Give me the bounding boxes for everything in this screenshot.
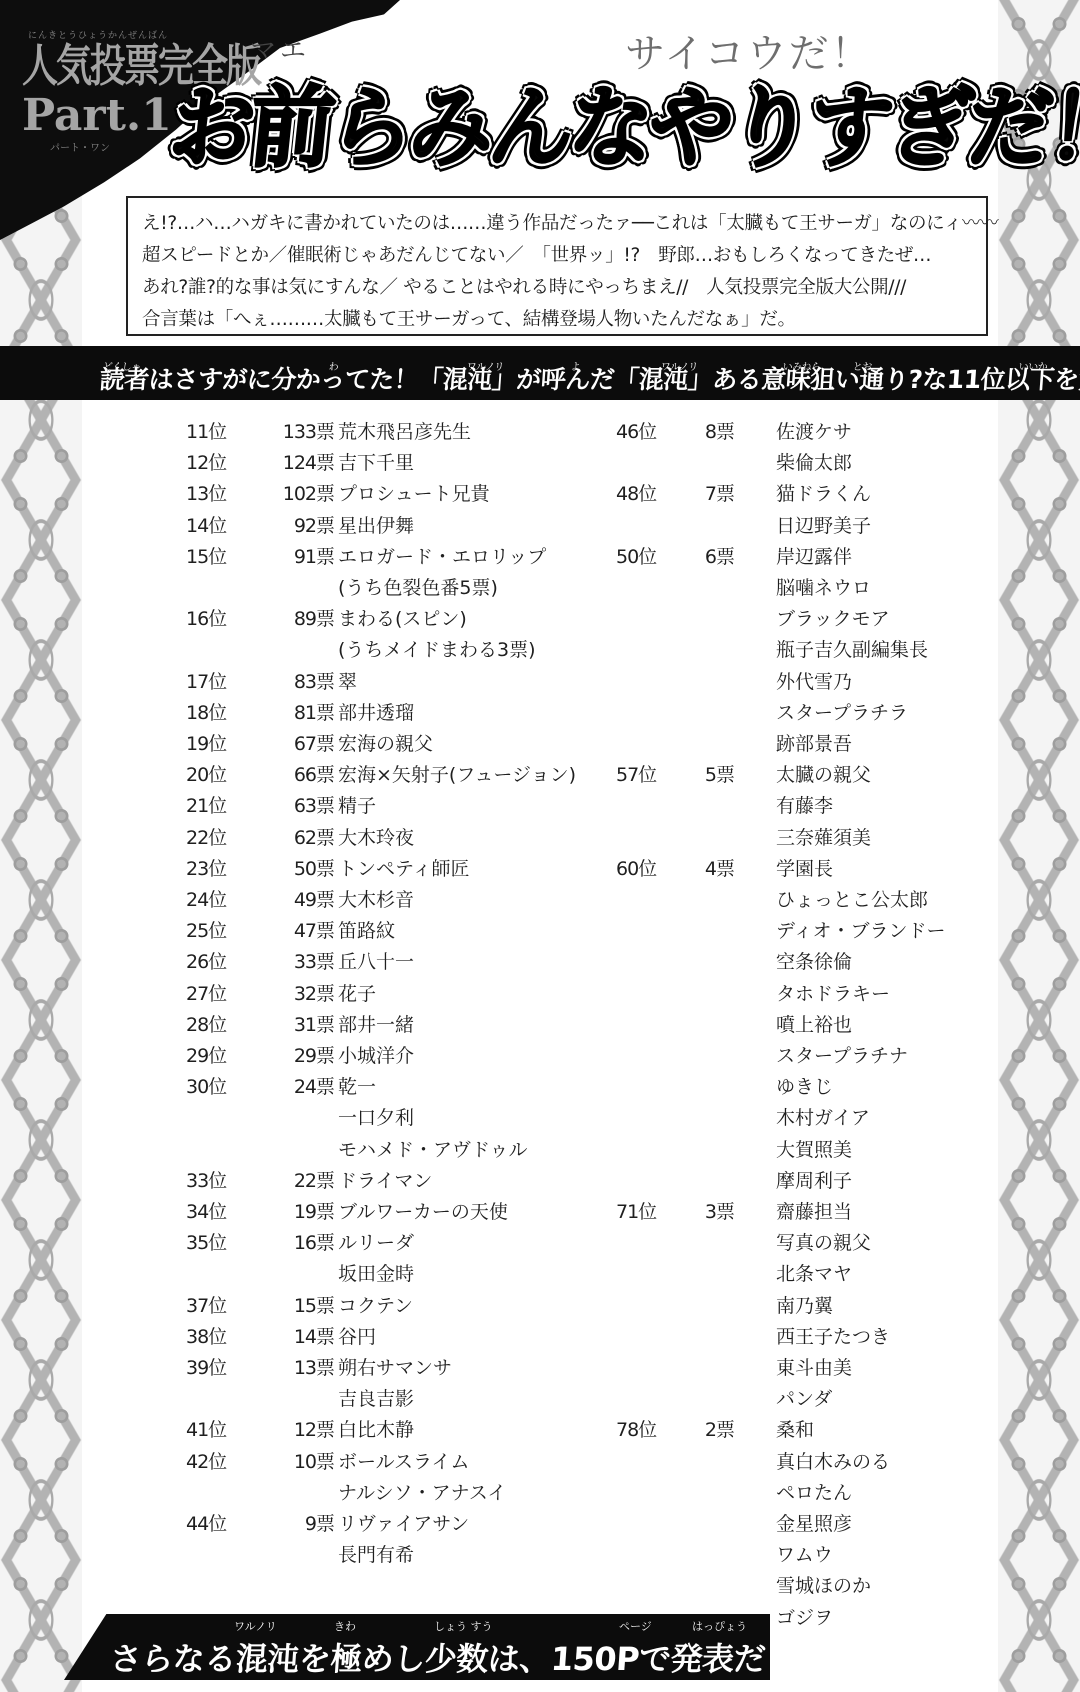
character-name: プロシュート兄貴 — [338, 479, 490, 506]
ruby-annotation: ワルノリ — [660, 358, 698, 373]
intro-line: 超スピードとか／催眠術じゃあだんじてない／ 「世界ッ」!? 野郎…おもしろくなっ… — [142, 240, 974, 272]
rank-label: 42位 — [186, 1447, 256, 1474]
rank-label: 19位 — [186, 729, 256, 756]
vote-count: 8票 — [674, 417, 734, 444]
character-name: 丘八十一 — [338, 947, 414, 974]
rank-label: 15位 — [186, 542, 256, 569]
rank-label: 26位 — [186, 947, 256, 974]
character-name: 部井一緒 — [338, 1010, 414, 1037]
ruby-annotation: よ — [570, 358, 581, 373]
rank-label: 39位 — [186, 1353, 256, 1380]
character-name: 北条マヤ — [776, 1259, 852, 1286]
character-name: 宏海×矢射子(フュージョン) — [338, 760, 576, 787]
left-ornament-border — [0, 0, 82, 1692]
character-name: 柴倫太郎 — [776, 448, 852, 475]
rank-label: 23位 — [186, 854, 256, 881]
rank-label: 25位 — [186, 916, 256, 943]
vote-count: 29票 — [274, 1041, 334, 1068]
rank-label: 28位 — [186, 1010, 256, 1037]
character-name: 大木玲夜 — [338, 823, 414, 850]
vote-count: 2票 — [674, 1415, 734, 1442]
character-name: 朔右サマンサ — [338, 1353, 452, 1380]
character-name: 桑和 — [776, 1415, 814, 1442]
character-name: 木村ガイア — [776, 1103, 870, 1130]
rank-label: 14位 — [186, 511, 256, 538]
vote-count: 6票 — [674, 542, 734, 569]
character-name: 大木杉音 — [338, 885, 414, 912]
vote-count: 89票 — [274, 604, 334, 631]
rank-label: 11位 — [186, 417, 256, 444]
character-name: タホドラキー — [776, 979, 890, 1006]
rank-label: 37位 — [186, 1291, 256, 1318]
character-name: 跡部景吾 — [776, 729, 852, 756]
character-name: 外代雪乃 — [776, 667, 852, 694]
section-banner: どくしゃわワルノリよワルノリいみねらとおいいかだいはっぴょう 読者はさすがに分か… — [0, 346, 1080, 400]
vote-count: 63票 — [274, 791, 334, 818]
vote-count: 81票 — [274, 698, 334, 725]
rank-label: 20位 — [186, 760, 256, 787]
character-name: ナルシソ・アナスイ — [338, 1478, 506, 1505]
character-name: 吉良吉影 — [338, 1384, 414, 1411]
rank-label: 44位 — [186, 1509, 256, 1536]
vote-count: 133票 — [274, 417, 334, 444]
vote-count: 67票 — [274, 729, 334, 756]
vote-count: 102票 — [274, 479, 334, 506]
vote-count: 24票 — [274, 1072, 334, 1099]
character-name: 東斗由美 — [776, 1353, 852, 1380]
rank-label: 34位 — [186, 1197, 256, 1224]
character-name: 笛路紋 — [338, 916, 395, 943]
character-name: 西王子たつき — [776, 1322, 890, 1349]
character-name: 坂田金時 — [338, 1259, 414, 1286]
character-name: ディオ・ブランドー — [776, 916, 945, 943]
ruby-annotation: いいか — [1018, 358, 1048, 373]
character-name: 宏海の親父 — [338, 729, 433, 756]
vote-count: 83票 — [274, 667, 334, 694]
vote-count: 47票 — [274, 916, 334, 943]
character-name: スタープラチナ — [776, 1041, 908, 1068]
character-name: 有藤李 — [776, 791, 833, 818]
vote-count: 62票 — [274, 823, 334, 850]
character-name: ドライマン — [338, 1166, 432, 1193]
vote-count: 32票 — [274, 979, 334, 1006]
character-name: ルリーダ — [338, 1228, 414, 1255]
ruby-annotation: どくしゃ — [102, 358, 141, 373]
character-name: 真白木みのる — [776, 1447, 890, 1474]
rank-label: 17位 — [186, 667, 256, 694]
right-ornament-border — [998, 0, 1080, 1692]
ruby-annotation: ページ — [619, 1618, 652, 1634]
rank-label: 41位 — [186, 1415, 256, 1442]
character-name: 乾一 — [338, 1072, 376, 1099]
intro-line: え!?…ハ…ハガキに書かれていたのは……違う作品だったァ──これは「太臓もて王サ… — [142, 208, 974, 240]
character-name: 雪城ほのか — [776, 1571, 871, 1598]
ruby-annotation: とお — [852, 358, 872, 373]
character-name: モハメド・アヴドゥル — [338, 1135, 528, 1162]
vote-count: 4票 — [674, 854, 734, 881]
character-name: コクテン — [338, 1291, 413, 1318]
vote-count: 3票 — [674, 1197, 734, 1224]
character-name: ひょっとこ公太郎 — [776, 885, 928, 912]
vote-count: 13票 — [274, 1353, 334, 1380]
intro-line: 合言葉は「へぇ………太臓もて王サーガって、結構登場人物いたんだなぁ」だ。 — [142, 304, 974, 336]
character-name: まわる(スピン) — [338, 604, 467, 631]
character-name: 三奈薙須美 — [776, 823, 871, 850]
ruby-annotation: ワルノリ — [234, 1618, 277, 1634]
vote-count: 92票 — [274, 511, 334, 538]
character-name: 星出伊舞 — [338, 511, 414, 538]
character-name: 大賀照美 — [776, 1135, 852, 1162]
character-name: 精子 — [338, 791, 376, 818]
character-name: 谷円 — [338, 1322, 376, 1349]
vote-count: 7票 — [674, 479, 734, 506]
character-name: 写真の親父 — [776, 1228, 871, 1255]
rank-label: 30位 — [186, 1072, 256, 1099]
ruby-annotation: きわ — [334, 1618, 356, 1634]
character-name: トンペティ師匠 — [338, 854, 469, 881]
vote-count: 9票 — [274, 1509, 334, 1536]
character-name: 噴上裕也 — [776, 1010, 852, 1037]
character-name: 日辺野美子 — [776, 511, 871, 538]
character-name: 太臓の親父 — [776, 760, 871, 787]
character-name: 白比木静 — [338, 1415, 414, 1442]
rank-label: 13位 — [186, 479, 256, 506]
vote-count: 10票 — [274, 1447, 334, 1474]
vote-count: 66票 — [274, 760, 334, 787]
character-name: 花子 — [338, 979, 376, 1006]
character-name: 南乃翼 — [776, 1291, 833, 1318]
character-name: 猫ドラくん — [776, 479, 871, 506]
banner-text: 読者はさすがに分かってた！「混沌」が呼んだ「混沌」ある意味狙い通り?な11位以下… — [99, 365, 1080, 394]
character-name: 一口夕利 — [338, 1103, 414, 1130]
character-name: ワムウ — [776, 1540, 833, 1567]
character-name: エロガード・エロリップ — [338, 542, 546, 569]
character-name: ボールスライム — [338, 1447, 469, 1474]
character-name: ペロたん — [776, 1478, 852, 1505]
character-name: 小城洋介 — [338, 1041, 414, 1068]
vote-count: 33票 — [274, 947, 334, 974]
character-name: 吉下千里 — [338, 448, 414, 475]
rank-label: 33位 — [186, 1166, 256, 1193]
bottom-banner: ワルノリきわしょう すうページはっぴょう さらなる混沌を極めし少数は、150Pで… — [64, 1614, 770, 1680]
character-name: 長門有希 — [338, 1540, 414, 1567]
vote-count: 14票 — [274, 1322, 334, 1349]
character-name: スタープラチラ — [776, 698, 908, 725]
character-name: ブラックモア — [776, 604, 890, 631]
rank-label: 16位 — [186, 604, 256, 631]
banner-text-wrap: どくしゃわワルノリよワルノリいみねらとおいいかだいはっぴょう 読者はさすがに分か… — [99, 360, 1080, 396]
character-name: 空条徐倫 — [776, 947, 852, 974]
bottom-banner-text: さらなる混沌を極めし少数は、150Pで発表だ！ — [108, 1634, 798, 1680]
character-name: 翠 — [338, 667, 357, 694]
character-name: リヴァイアサン — [338, 1509, 469, 1536]
ruby-annotation: はっぴょう — [692, 1618, 747, 1634]
page-headline: お前らみんなやりすぎだ！ — [165, 58, 1080, 184]
ruby-annotation: しょう すう — [434, 1618, 493, 1634]
character-name: ゆきじ — [776, 1072, 833, 1099]
character-name: 脳噛ネウロ — [776, 573, 871, 600]
character-name: 金星照彦 — [776, 1509, 852, 1536]
vote-count: 12票 — [274, 1415, 334, 1442]
rank-label: 12位 — [186, 448, 256, 475]
vote-count: 124票 — [274, 448, 334, 475]
character-name: 齋藤担当 — [776, 1197, 852, 1224]
character-name: 部井透瑠 — [338, 698, 414, 725]
ruby-annotation: いみねら — [782, 358, 821, 373]
rank-label: 21位 — [186, 791, 256, 818]
vote-count: 15票 — [274, 1291, 334, 1318]
vote-count: 49票 — [274, 885, 334, 912]
character-name: 荒木飛呂彦先生 — [338, 417, 471, 444]
vote-count: 5票 — [674, 760, 734, 787]
rank-label: 18位 — [186, 698, 256, 725]
rank-label: 22位 — [186, 823, 256, 850]
intro-line: あれ?誰?的な事は気にすんな／ やることはやれる時にやっちまえ// 人気投票完全… — [142, 272, 974, 304]
character-name: 佐渡ケサ — [776, 417, 852, 444]
rank-label: 27位 — [186, 979, 256, 1006]
character-name: 岸辺露伴 — [776, 542, 852, 569]
rank-label: 38位 — [186, 1322, 256, 1349]
character-name: 瓶子吉久副編集長 — [776, 635, 928, 662]
intro-box: え!?…ハ…ハガキに書かれていたのは……違う作品だったァ──これは「太臓もて王サ… — [126, 196, 988, 336]
vote-count: 91票 — [274, 542, 334, 569]
vote-count: 19票 — [274, 1197, 334, 1224]
character-name: ゴジヲ — [776, 1603, 833, 1630]
character-name: 摩周利子 — [776, 1166, 852, 1193]
character-name: パンダ — [776, 1384, 832, 1411]
vote-count: 50票 — [274, 854, 334, 881]
character-name: ブルワーカーの天使 — [338, 1197, 508, 1224]
character-name: (うちメイドまわる3票) — [338, 635, 536, 662]
ruby-annotation: わ — [328, 358, 339, 373]
rank-label: 24位 — [186, 885, 256, 912]
rank-label: 29位 — [186, 1041, 256, 1068]
character-name: (うち色裂色番5票) — [338, 573, 498, 600]
character-name: 学園長 — [776, 854, 833, 881]
rank-label: 35位 — [186, 1228, 256, 1255]
vote-count: 31票 — [274, 1010, 334, 1037]
vote-count: 22票 — [274, 1166, 334, 1193]
ruby-annotation: ワルノリ — [466, 358, 504, 373]
vote-count: 16票 — [274, 1228, 334, 1255]
